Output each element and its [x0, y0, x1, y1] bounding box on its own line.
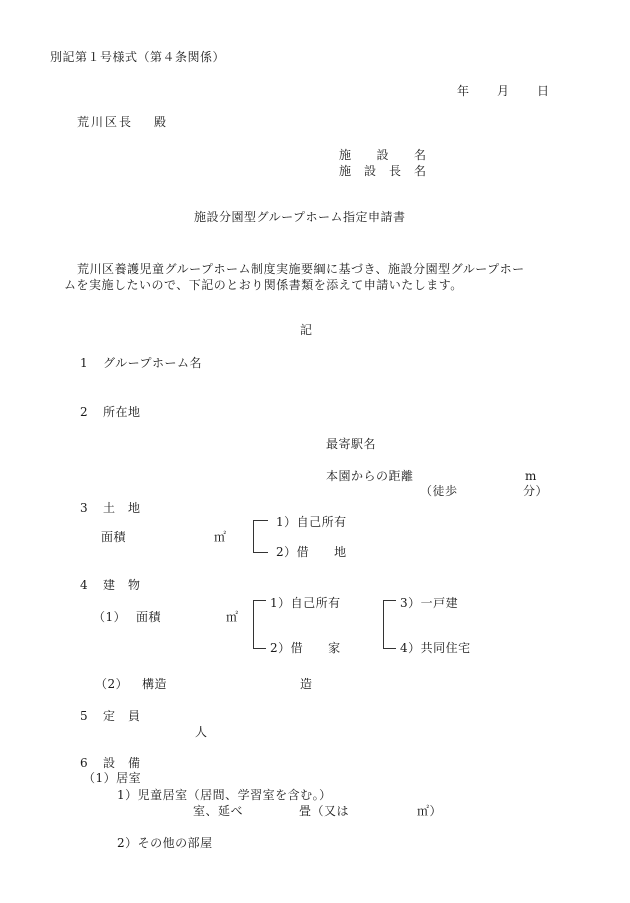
body-line-1: 荒川区養護児童グループホーム制度実施要綱に基づき、施設分園型グループホー	[77, 262, 525, 276]
capacity-unit: 人	[195, 725, 208, 739]
other-rooms-item: 2）その他の部屋	[117, 836, 213, 850]
structure-label: 構造	[142, 677, 167, 691]
section-1-num: 1	[80, 356, 88, 370]
section-5-label: 定 員	[103, 709, 141, 723]
land-option-lease: 2）借 地	[276, 545, 347, 559]
walk-unit: 分）	[523, 484, 548, 498]
honorific: 殿	[154, 115, 167, 129]
distance-label: 本園からの距離	[326, 469, 414, 483]
ownership-bracket	[253, 600, 266, 649]
building-option-detached: 3）一戸建	[400, 596, 458, 610]
building-sub1-num: （1）	[93, 610, 126, 624]
section-1-label: グループホーム名	[103, 356, 202, 370]
date-year: 年	[457, 84, 470, 98]
type-bracket	[383, 600, 396, 649]
child-rooms-sqm-unit: ㎡）	[417, 804, 442, 818]
date-day: 日	[537, 84, 550, 98]
document-title: 施設分園型グループホーム指定申請書	[194, 210, 406, 224]
section-5-num: 5	[80, 709, 88, 723]
child-rooms-count-unit: 室、延べ	[193, 804, 243, 818]
section-4-num: 4	[80, 578, 88, 592]
section-4-label: 建 物	[103, 578, 141, 592]
building-option-own: 1）自己所有	[270, 596, 341, 610]
section-6-label: 設 備	[103, 756, 141, 770]
section-6-num: 6	[80, 756, 88, 770]
building-area-label: 面積	[136, 610, 161, 624]
date-month: 月	[497, 84, 510, 98]
section-3-label: 土 地	[103, 501, 141, 515]
section-2-label: 所在地	[103, 405, 141, 419]
addressee: 荒川区長	[77, 115, 133, 129]
distance-unit: m	[525, 469, 537, 483]
ki-heading: 記	[300, 323, 313, 337]
child-rooms-item: 1）児童居室（居間、学習室を含む。）	[117, 788, 332, 802]
building-option-apartment: 4）共同住宅	[400, 641, 471, 655]
land-bracket	[253, 520, 268, 553]
building-option-rent: 2）借 家	[270, 641, 341, 655]
form-number: 別記第１号様式（第４条関係）	[50, 50, 225, 64]
nearest-station-label: 最寄駅名	[326, 437, 376, 451]
child-rooms-tatami-unit: 畳（又は	[299, 804, 349, 818]
land-area-unit: ㎡	[214, 530, 227, 544]
section-3-num: 3	[80, 501, 88, 515]
building-sub2-num: （2）	[95, 677, 128, 691]
building-area-unit: ㎡	[226, 610, 239, 624]
land-option-own: 1）自己所有	[276, 515, 347, 529]
facility-head-label: 施 設 長 名	[339, 164, 427, 178]
rooms-sub1: （1）居室	[83, 771, 141, 785]
structure-unit: 造	[300, 677, 313, 691]
land-area-label: 面積	[101, 530, 126, 544]
section-2-num: 2	[80, 405, 88, 419]
facility-name-label: 施 設 名	[339, 148, 427, 162]
body-line-2: ムを実施したいので、下記のとおり関係書類を添えて申請いたします。	[64, 278, 463, 292]
walk-open: （徒歩	[420, 484, 458, 498]
